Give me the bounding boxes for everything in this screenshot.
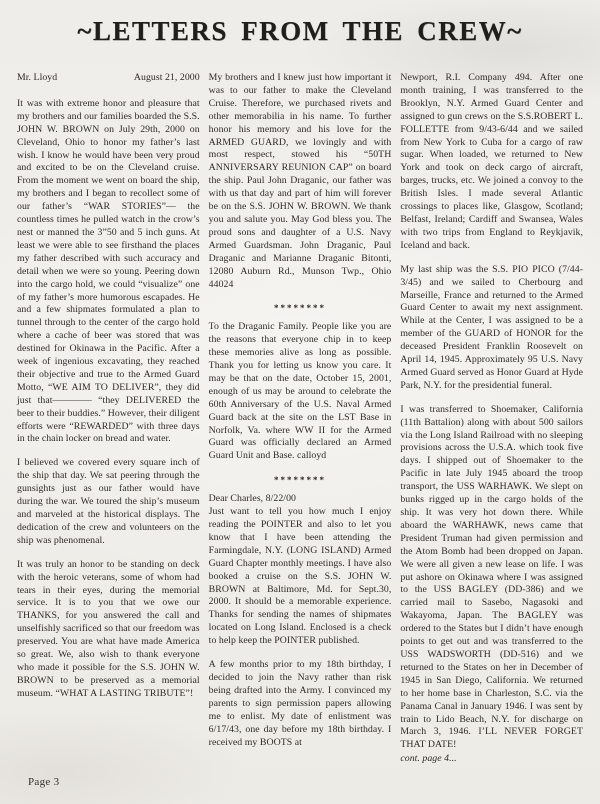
letter-1-paragraph: My brothers and I knew just how importan… <box>209 72 392 291</box>
asterisk-divider: ******** <box>209 474 392 487</box>
page-number: Page 3 <box>28 776 59 788</box>
letter-1-salutation: Mr. Lloyd <box>17 72 57 85</box>
letter-1-header: Mr. Lloyd August 21, 2000 <box>17 72 200 85</box>
letter-2-paragraph: My last ship was the S.S. PIO PICO (7/44… <box>400 264 583 393</box>
letter-1-paragraph: I believed we covered every square inch … <box>17 457 200 547</box>
letter-2-paragraph: A few months prior to my 18th birthday, … <box>209 659 392 749</box>
column-1: Mr. Lloyd August 21, 2000 It was with ex… <box>17 72 200 776</box>
newsletter-page: ~LETTERS FROM THE CREW~ Mr. Lloyd August… <box>0 0 600 804</box>
letter-2-paragraph: I was transferred to Shoemaker, Californ… <box>400 404 583 752</box>
letter-2-paragraph: Newport, R.I. Company 494. After one mon… <box>400 72 583 253</box>
letters-columns: Mr. Lloyd August 21, 2000 It was with ex… <box>0 60 600 776</box>
letter-1-paragraph: It was truly an honor to be standing on … <box>17 559 200 701</box>
editor-reply-paragraph: To the Draganic Family. People like you … <box>209 321 392 463</box>
page-title: ~LETTERS FROM THE CREW~ <box>0 16 600 47</box>
letter-2-salutation: Dear Charles, 8/22/00 <box>209 493 392 506</box>
continuation-note: cont. page 4... <box>400 753 583 766</box>
column-3: Newport, R.I. Company 494. After one mon… <box>400 72 583 776</box>
asterisk-divider: ******** <box>209 302 392 315</box>
letter-1-paragraph: It was with extreme honor and pleasure t… <box>17 98 200 446</box>
column-2: My brothers and I knew just how importan… <box>209 72 392 776</box>
letter-2-paragraph: Just want to tell you how much I enjoy r… <box>209 506 392 648</box>
letter-1-date: August 21, 2000 <box>134 72 200 85</box>
masthead: ~LETTERS FROM THE CREW~ <box>0 0 600 60</box>
